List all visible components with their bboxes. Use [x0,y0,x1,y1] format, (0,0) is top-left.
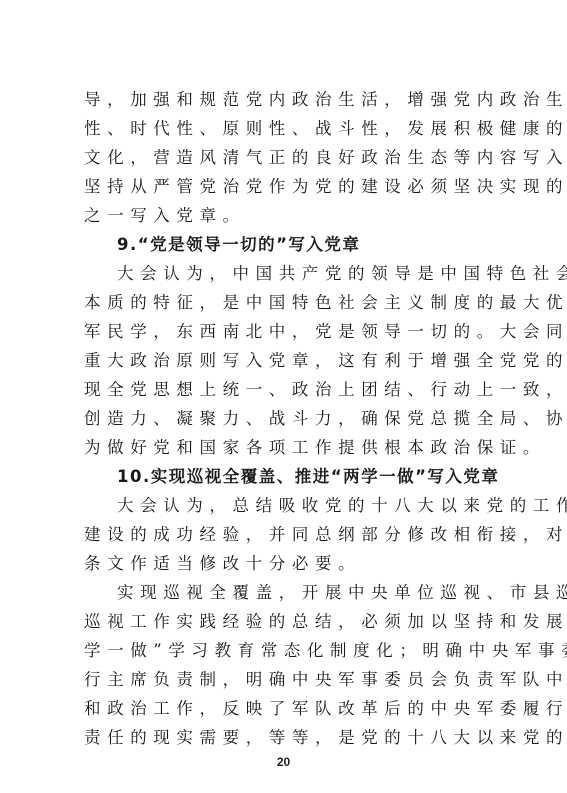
text-line: 性、时代性、原则性、战斗性，发展积极健康的党内政治 [84,117,494,141]
text-line: 重大政治原则写入党章，这有利于增强全党党的意识，实 [84,349,494,373]
text-line: 军民学，东西南北中，党是领导一切的。大会同意把这一 [84,320,494,344]
text-line: 为做好党和国家各项工作提供根本政治保证。 [84,436,494,460]
text-line: 建设的成功经验，并同总纲部分修改相衔接，对党章部分 [84,523,494,547]
text-line: 文化，营造风清气正的良好政治生态等内容写入党章，把 [84,146,494,170]
text-line: 行主席负责制，明确中央军事委员会负责军队中党的工作 [84,668,494,692]
paragraph-start: 大会认为，中国共产党的领导是中国特色社会主义最 [117,262,527,286]
section-heading-9: 9.“党是领导一切的”写入党章 [117,233,527,257]
text-line: 和政治工作，反映了军队改革后的中央军委履行管党治党 [84,697,494,721]
text-line: 责任的现实需要，等等，是党的十八大以来党的工作和党 [84,726,494,750]
text-line: 巡视工作实践经验的总结，必须加以坚持和发展；推进“两 [84,610,494,634]
text-line: 本质的特征，是中国特色社会主义制度的最大优势。党政 [84,291,494,315]
paragraph-start: 实现巡视全覆盖，开展中央单位巡视、市县巡察，是 [117,581,527,605]
text-line: 导，加强和规范党内政治生活，增强党内政治生活的政治 [84,88,494,112]
page-number: 20 [0,755,567,769]
text-line: 学一做”学习教育常态化制度化；明确中央军事委员会实 [84,639,494,663]
text-line: 条文作适当修改十分必要。 [84,552,494,576]
text-line: 现全党思想上统一、政治上团结、行动上一致，提高党的 [84,378,494,402]
document-page: 导，加强和规范党内政治生活，增强党内政治生活的政治 性、时代性、原则性、战斗性，… [0,0,567,793]
paragraph-start: 大会认为，总结吸收党的十八大以来党的工作和党的 [117,494,527,518]
text-line: 之一写入党章。 [84,204,494,228]
text-line: 坚持从严管党治党作为党的建设必须坚决实现的基本要求 [84,175,494,199]
text-line: 创造力、凝聚力、战斗力，确保党总揽全局、协调各方， [84,407,494,431]
section-heading-10: 10.实现巡视全覆盖、推进“两学一做”写入党章 [117,465,527,489]
